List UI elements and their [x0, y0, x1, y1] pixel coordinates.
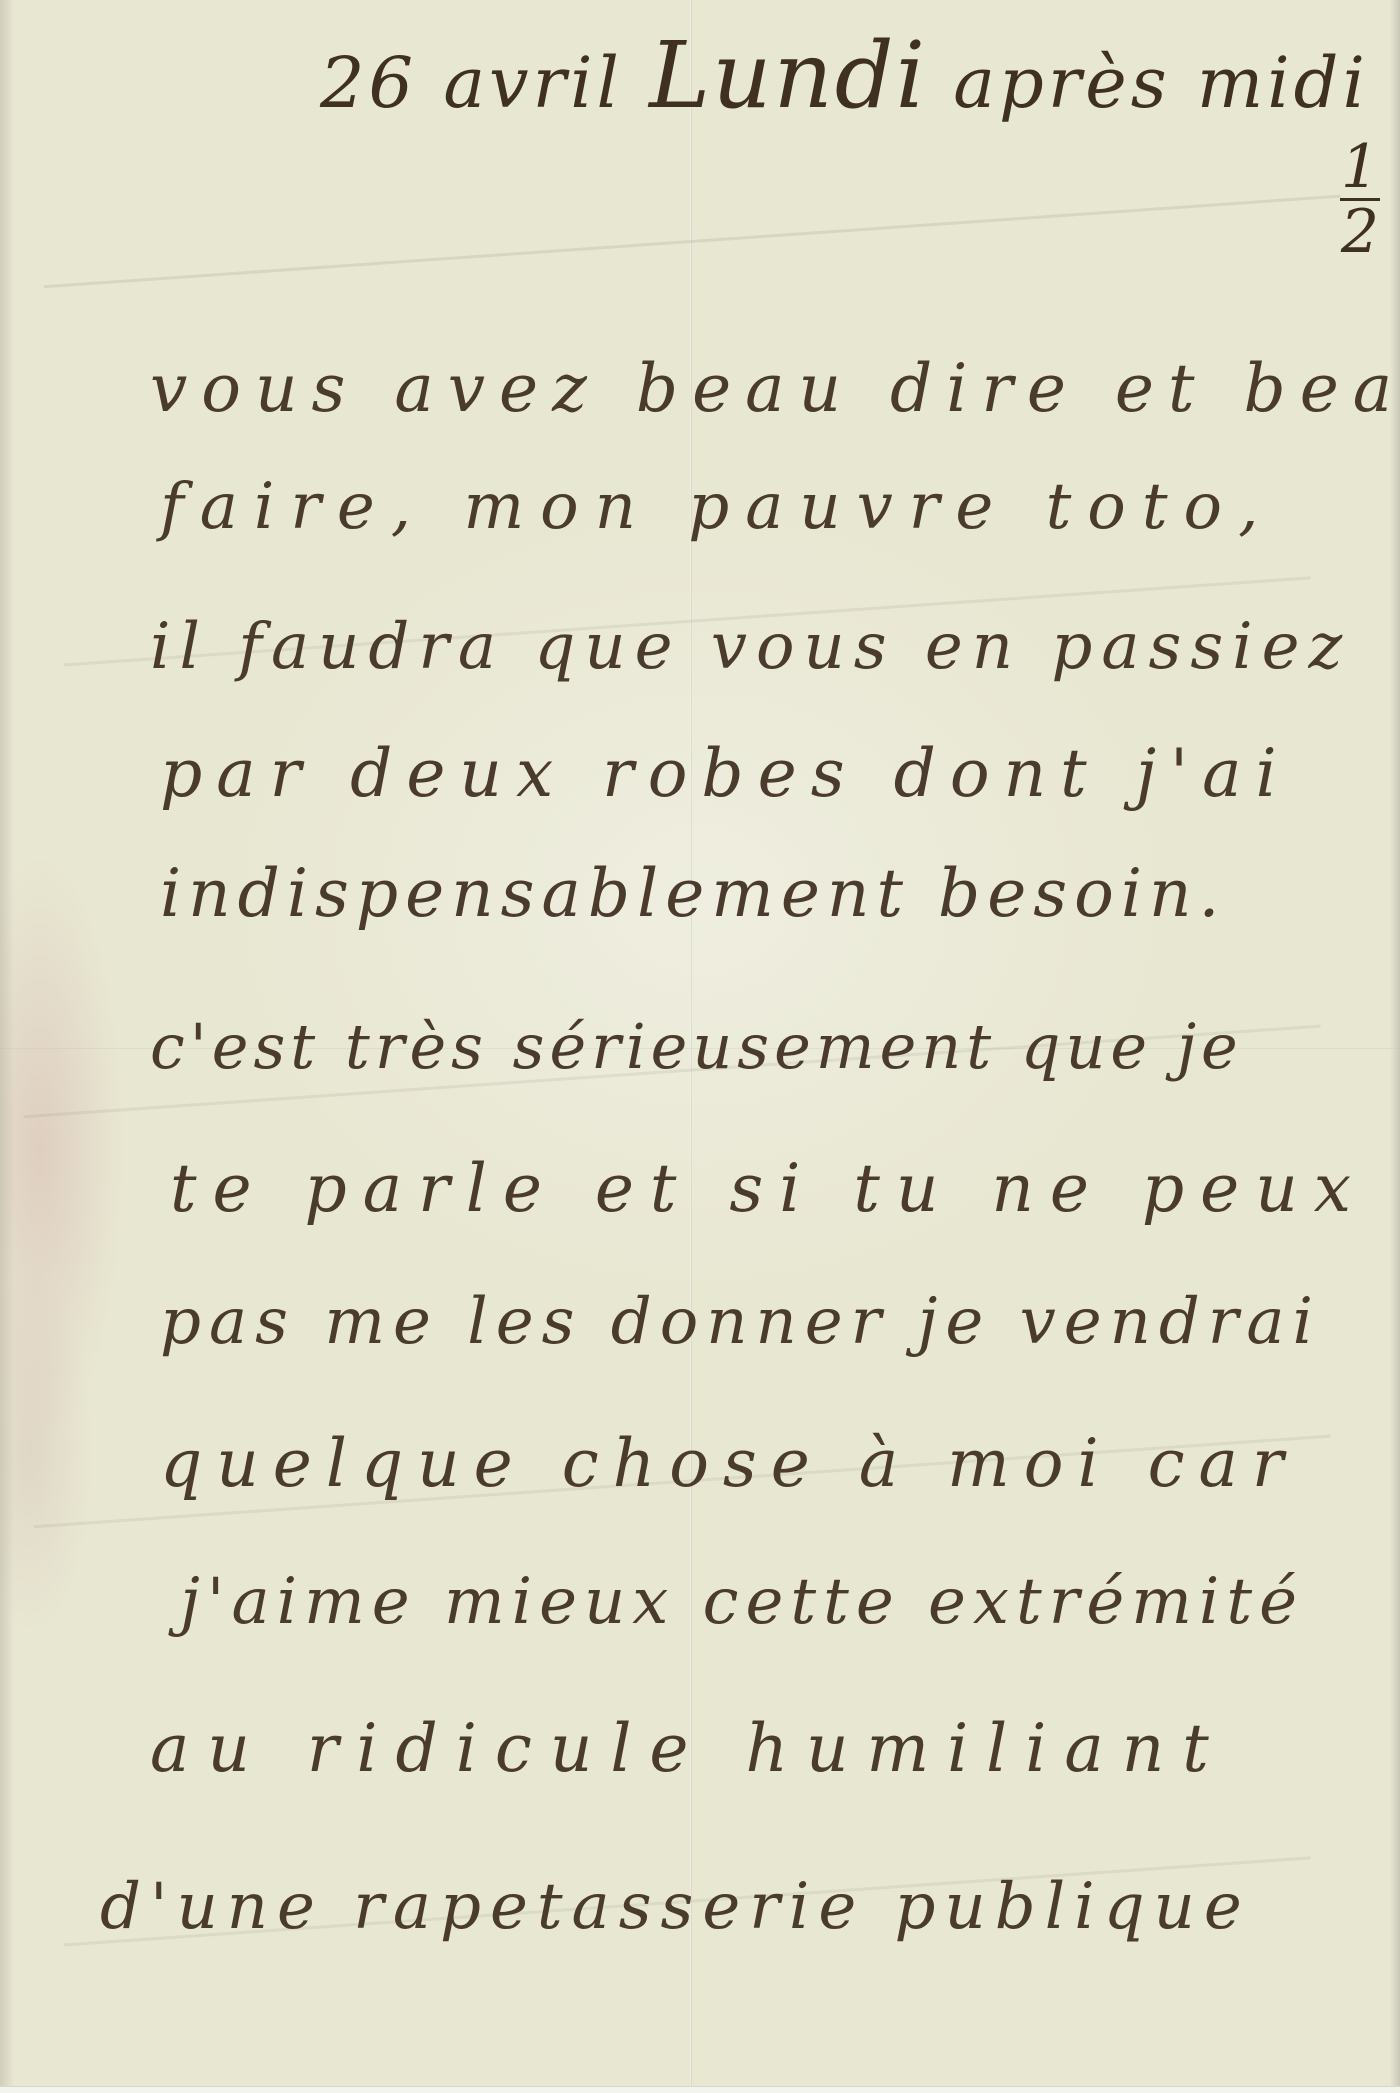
letter-line: j'aime mieux cette extrémité	[180, 1565, 1304, 1639]
fraction-denominator: 2	[1340, 205, 1380, 259]
paper-right-edge	[1390, 0, 1400, 2093]
letter-line: faire, mon pauvre toto,	[160, 470, 1274, 544]
letter-line: te parle et si tu ne peux	[170, 1150, 1367, 1227]
hour: 1h	[1395, 42, 1400, 124]
letter-line: quelque chose à moi car	[160, 1425, 1297, 1502]
letter-line: c'est très sérieusement que je	[150, 1010, 1243, 1083]
letter-line: vous avez beau dire et beau	[150, 350, 1400, 427]
half-hour-fraction: 1 2	[1340, 140, 1380, 259]
time-of-day: après midi	[953, 42, 1369, 124]
letter-line: au ridicule humiliant	[150, 1710, 1227, 1787]
paper-bottom-edge	[0, 2086, 1400, 2093]
weekday: Lundi	[649, 22, 927, 129]
fraction-numerator: 1	[1340, 140, 1380, 194]
letter-line: il faudra que vous en passiez	[150, 610, 1351, 684]
letter-line: indispensablement besoin.	[160, 855, 1226, 932]
paper-left-edge	[0, 0, 14, 2093]
letter-line: par deux robes dont j'ai	[160, 735, 1291, 812]
letter-page: 26 avril Lundi après midi 1h 1 2 vous av…	[0, 0, 1400, 2093]
letter-dateline: 26 avril Lundi après midi 1h	[320, 22, 1400, 129]
letter-line: pas me les donner je vendrai	[160, 1285, 1321, 1359]
date: 26 avril	[320, 42, 623, 124]
letter-line: d'une rapetasserie publique	[100, 1870, 1251, 1944]
